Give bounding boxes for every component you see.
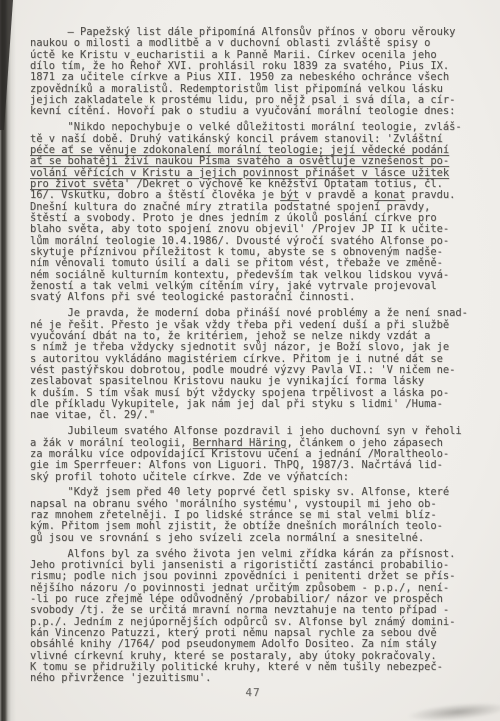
text-segment: , článkem o jeho zápasech — [287, 437, 443, 449]
paragraph: "Když jsem před 40 lety poprvé četl spis… — [30, 487, 476, 544]
underlined-text: Bernhard Häring — [193, 437, 287, 449]
text-segment: gie im Sperrfeuer: Alfons von Liguori. T… — [30, 459, 443, 471]
paragraph: Jubileum svatého Alfonse pozdravil i jeh… — [30, 426, 476, 483]
text-segment: lům morální teologie 10.4.1986/. Dvousté… — [30, 235, 449, 247]
text-segment: tě v naší době. Druhý vatikánský koncil … — [30, 133, 443, 145]
text-segment: gů jsou ve srovnání s jeho svízeli zcela… — [30, 532, 424, 544]
paragraph: "Nikdo nepochybuje o velké důležitosti m… — [30, 122, 476, 304]
text-segment: ním věnovali tomuto úsilí a dali se přit… — [30, 257, 443, 269]
text-segment: 1871 za učitele církve a Pius XII. 1950 … — [30, 71, 449, 83]
text-segment: Je pravda, že moderní doba přináší nové … — [30, 307, 468, 319]
text-segment: pravdu. — [405, 189, 455, 201]
text-segment: ného přivržence 'jezuitismu'. — [30, 672, 211, 684]
text-segment: naukou o milosti a modlitbě a v duchovní… — [30, 37, 430, 49]
text-segment: svatý Alfons při své teologické pastorač… — [30, 291, 355, 303]
paragraph: Je pravda, že moderní doba přináší nové … — [30, 308, 476, 421]
text-line: kevní cítění. Hovoří pak o studiu a vyuč… — [30, 106, 476, 117]
text-line: ský profil tohoto učitele církve. Zde ve… — [30, 472, 476, 483]
text-segment: napsal na obranu svého 'morálního systém… — [30, 498, 437, 510]
text-segment: nae vitae, čl. 29/." — [30, 409, 155, 421]
text-segment: né je řešit. Přesto je však vždy třeba p… — [30, 319, 449, 331]
text-segment: ský profil tohoto učitele církve. Zde ve… — [30, 471, 349, 483]
text-segment: kevní cítění. Hovoří pak o studiu a vyuč… — [30, 105, 455, 117]
text-segment: "Nikdo nepochybuje o velké důležitosti m… — [30, 121, 462, 133]
text-segment: p.p./. Jedním z nejúpornějších odpůrců s… — [30, 616, 455, 628]
underlined-text: volání věřících v Kristu a jejich povinn… — [30, 167, 449, 179]
text-segment: obsáhlé knihy /1764/ pod pseudonymem Ado… — [30, 638, 437, 650]
text-line: ného přivržence 'jezuitismu'. — [30, 673, 476, 684]
text-segment: kým. Přitom jsem mohl zjistit, že obtíže… — [30, 520, 443, 532]
page-number: 47 — [30, 686, 476, 699]
text-segment: vlivné církevní kruhy, které se postaral… — [30, 650, 437, 662]
document-body: – Papežský list dále připomíná Alfonsův … — [30, 27, 476, 685]
text-segment: úctě ke Kristu v eucharistii a k Panně M… — [30, 49, 437, 61]
text-segment: zeslabovat spasitelnou Kristovu nauku je… — [30, 375, 424, 387]
text-segment: a žák v morální teologii, — [30, 437, 193, 449]
text-segment: s nímž je třeba vždycky sjednotit svůj n… — [30, 341, 449, 353]
text-segment: Dnešní kultura do značné míry ztratila p… — [30, 201, 430, 213]
text-line: gů jsou ve srovnání s jeho svízeli zcela… — [30, 533, 476, 544]
text-segment: k duším. S tím však musí být vždycky spo… — [30, 387, 449, 399]
text-segment: 16/. Vskutku, dobro a štěstí člověka je — [30, 189, 280, 201]
text-segment: blaho světa, aby toto spojení znovu obje… — [30, 223, 449, 235]
underlined-text: konat — [374, 189, 405, 201]
text-segment: Jubileum svatého Alfonse pozdravil i jeh… — [30, 425, 462, 437]
text-segment: v pravdě a — [299, 189, 374, 201]
text-segment: Alfons byl za svého života jen velmi zří… — [30, 548, 455, 560]
paragraph: – Papežský list dále připomíná Alfonsův … — [30, 27, 476, 118]
text-segment: zpovědníků a moralistů. Redemptoristům l… — [30, 83, 443, 95]
text-line: nae vitae, čl. 29/." — [30, 410, 476, 421]
underlined-text: ať se bohatěji živí naukou Písma svatého… — [30, 155, 449, 167]
text-line: svatý Alfons při své teologické pastorač… — [30, 292, 476, 303]
text-segment: nějšího názoru /o povinnosti jednat urči… — [30, 582, 449, 594]
text-segment: svobody /tj. že se určitá mravní norma n… — [30, 604, 449, 616]
underlined-text: být — [280, 189, 299, 201]
paragraph: Alfons byl za svého života jen velmi zří… — [30, 549, 476, 685]
text-segment: rismu; podle nich jsou povinni zpovědníc… — [30, 570, 455, 582]
text-segment: ném sociálně kulturním kontextu, předevš… — [30, 269, 449, 281]
text-segment: "Když jsem před 40 lety poprvé četl spis… — [30, 486, 449, 498]
text-segment: s autoritou vykládáno magistériem církve… — [30, 353, 443, 365]
